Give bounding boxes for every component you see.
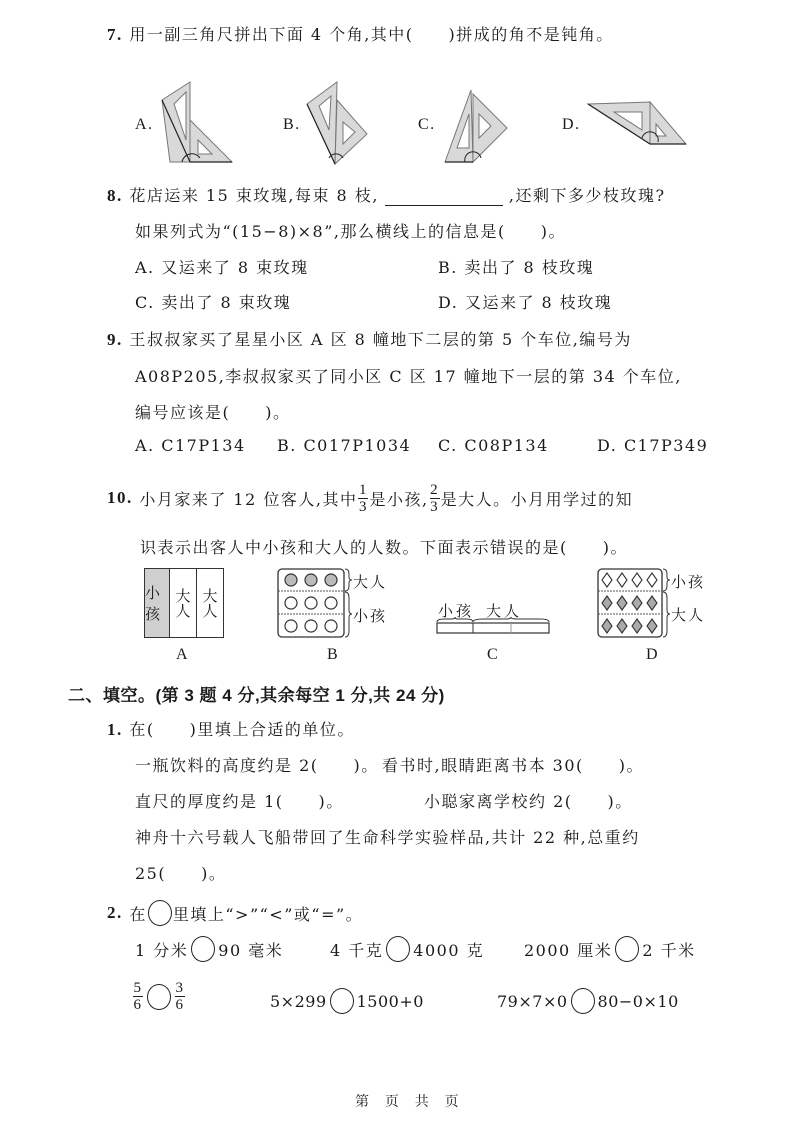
- fill-question-1: 1. 在( )里填上合适的单位。: [107, 717, 355, 740]
- question-text-before: 花店运来 15 束玫瑰,每束 8 枝,: [129, 186, 379, 205]
- option-text: C017P1034: [303, 436, 411, 455]
- compare-answer-circle[interactable]: [571, 988, 595, 1014]
- cell-adults-1: 大人: [170, 569, 197, 637]
- question-9-line3: 编号应该是( )。: [135, 400, 291, 423]
- q8-option-b[interactable]: B. 卖出了 8 枝玫瑰: [438, 255, 594, 278]
- cell-adults-2: 大人: [197, 569, 223, 637]
- question-text-after: ,还剩下多少枝玫瑰?: [509, 186, 666, 205]
- compare-left: 79×7×0: [497, 992, 568, 1011]
- question-10-line2: 识表示出客人中小孩和大人的人数。下面表示错误的是( )。: [140, 535, 628, 558]
- fill-item-reading-distance[interactable]: 看书时,眼睛距离书本 30( )。: [382, 753, 644, 776]
- question-text: 王叔叔家买了星星小区 A 区 8 幢地下二层的第 5 个车位,编号为: [129, 330, 632, 349]
- compare-right: 80−0×10: [598, 992, 679, 1011]
- compare-right: 1500+0: [357, 992, 424, 1011]
- fill-item-drink-height[interactable]: 一瓶饮料的高度约是 2( )。: [135, 753, 379, 776]
- fraction-one-third: 13: [358, 482, 368, 515]
- compare-right: 2 千米: [642, 938, 695, 961]
- fraction-three-sixths: 36: [175, 980, 185, 1013]
- triangle-ruler-combo-b-icon: [305, 82, 375, 167]
- compare-right: 4000 克: [413, 938, 484, 961]
- option-label: B.: [277, 436, 297, 455]
- question-9: 9. 王叔叔家买了星星小区 A 区 8 幢地下二层的第 5 个车位,编号为: [107, 327, 632, 350]
- diagram-d-bottom-label: 大人: [671, 604, 705, 625]
- compare-left: 5×299: [270, 992, 327, 1011]
- compare-row2-item2: 5×299 1500+0: [270, 988, 424, 1014]
- section-2-title: 二、填空。(第 3 题 4 分,其余每空 1 分,共 24 分): [68, 681, 445, 706]
- compare-left: 4 千克: [330, 938, 383, 961]
- q9-option-d[interactable]: D. C17P349: [597, 436, 708, 455]
- cell-children: 小孩: [145, 569, 170, 637]
- question-text-b: 是小孩,: [369, 487, 428, 510]
- compare-answer-circle[interactable]: [191, 936, 215, 962]
- option-label: A.: [135, 258, 155, 277]
- triangle-ruler-combo-c-icon: [443, 90, 513, 165]
- option-text: C08P134: [464, 436, 548, 455]
- page-footer: 第 页 共 页: [355, 1091, 465, 1111]
- q9-option-b[interactable]: B. C017P1034: [277, 436, 411, 455]
- question-number: 9.: [107, 330, 123, 349]
- option-label: D.: [438, 293, 458, 312]
- triangle-ruler-combo-d-icon: [588, 102, 688, 150]
- compare-right: 90 毫米: [218, 938, 283, 961]
- option-label: A.: [135, 436, 155, 455]
- compare-left: 2000 厘米: [524, 938, 612, 961]
- option-text: 卖出了 8 束玫瑰: [161, 293, 291, 312]
- option-text: 卖出了 8 枝玫瑰: [464, 258, 594, 277]
- q8-option-d[interactable]: D. 又运来了 8 枝玫瑰: [438, 290, 612, 313]
- option-label: B.: [438, 258, 458, 277]
- q7-option-c-label: C.: [418, 116, 436, 134]
- diagram-a-label: A: [176, 646, 188, 664]
- q7-option-d-label: D.: [562, 116, 581, 134]
- option-text: C17P134: [161, 436, 245, 455]
- question-text-c: 是大人。小月用学过的知: [441, 487, 634, 510]
- compare-answer-circle[interactable]: [330, 988, 354, 1014]
- q7-option-b-label: B.: [283, 116, 301, 134]
- q8-option-a[interactable]: A. 又运来了 8 束玫瑰: [135, 255, 309, 278]
- question-10: 10. 小月家来了 12 位客人,其中 13 是小孩, 23 是大人。小月用学过…: [107, 478, 633, 518]
- q7-option-a-label: A.: [135, 116, 154, 134]
- fill-item-ruler-thickness[interactable]: 直尺的厚度约是 1( )。: [135, 789, 344, 812]
- diagram-c-label: C: [487, 646, 498, 664]
- question-number: 1.: [107, 720, 123, 739]
- question-7: 7. 用一副三角尺拼出下面 4 个角,其中( )拼成的角不是钝角。: [107, 22, 614, 45]
- compare-row1-item3: 2000 厘米 2 千米: [524, 936, 696, 962]
- compare-row2-item3: 79×7×0 80−0×10: [497, 988, 679, 1014]
- answer-blank-line[interactable]: [385, 189, 503, 206]
- fraction-five-sixths: 56: [133, 980, 143, 1013]
- fill-item-school-distance[interactable]: 小聪家离学校约 2( )。: [424, 789, 633, 812]
- fill-item-shenzhou-line1: 神舟十六号载人飞船带回了生命科学实验样品,共计 22 种,总重约: [135, 825, 640, 848]
- fill-question-2: 2. 在 里填上“>”“<”或“=”。: [107, 900, 363, 926]
- fraction-two-thirds: 23: [430, 482, 440, 515]
- question-9-line2: A08P205,李叔叔家买了同小区 C 区 17 幢地下一层的第 34 个车位,: [135, 364, 682, 387]
- option-text: 又运来了 8 束玫瑰: [161, 258, 308, 277]
- triangle-ruler-combo-a-icon: [160, 82, 240, 167]
- diagram-b-label: B: [327, 646, 338, 664]
- diagram-b-bottom-label: 小孩: [353, 605, 387, 626]
- question-text-b: 里填上“>”“<”或“=”。: [173, 902, 363, 925]
- compare-row1-item1: 1 分米 90 毫米: [135, 936, 283, 962]
- compare-answer-circle[interactable]: [386, 936, 410, 962]
- option-label: D.: [597, 436, 617, 455]
- fill-item-shenzhou-line2[interactable]: 25( )。: [135, 861, 226, 884]
- diagram-b-top-label: 大人: [353, 571, 387, 592]
- question-number: 10.: [107, 488, 133, 508]
- diagram-c[interactable]: [436, 617, 552, 635]
- question-text-a: 小月家来了 12 位客人,其中: [139, 487, 357, 510]
- question-8: 8. 花店运来 15 束玫瑰,每束 8 枝,,还剩下多少枝玫瑰?: [107, 183, 666, 206]
- q9-option-c[interactable]: C. C08P134: [438, 436, 549, 455]
- question-8-line2: 如果列式为“(15−8)×8”,那么横线上的信息是( )。: [135, 219, 566, 242]
- compare-left: 1 分米: [135, 938, 188, 961]
- q9-option-a[interactable]: A. C17P134: [135, 436, 246, 455]
- question-number: 8.: [107, 186, 123, 205]
- compare-circle-icon: [148, 900, 172, 926]
- question-number: 7.: [107, 25, 123, 44]
- question-text-a: 在: [129, 902, 147, 925]
- compare-row2-item1: 56 36: [132, 980, 186, 1013]
- compare-row1-item2: 4 千克 4000 克: [330, 936, 484, 962]
- question-number: 2.: [107, 903, 123, 923]
- q8-option-c[interactable]: C. 卖出了 8 束玫瑰: [135, 290, 291, 313]
- option-label: C.: [135, 293, 155, 312]
- compare-answer-circle[interactable]: [147, 984, 171, 1010]
- compare-answer-circle[interactable]: [615, 936, 639, 962]
- question-text: 在( )里填上合适的单位。: [129, 720, 355, 739]
- option-text: 又运来了 8 枝玫瑰: [465, 293, 612, 312]
- diagram-a[interactable]: 小孩 大人 大人: [144, 568, 224, 638]
- option-text: C17P349: [624, 436, 708, 455]
- question-text: 用一副三角尺拼出下面 4 个角,其中( )拼成的角不是钝角。: [129, 25, 613, 44]
- option-label: C.: [438, 436, 458, 455]
- diagram-d-top-label: 小孩: [671, 571, 705, 592]
- diagram-d-label: D: [646, 646, 658, 664]
